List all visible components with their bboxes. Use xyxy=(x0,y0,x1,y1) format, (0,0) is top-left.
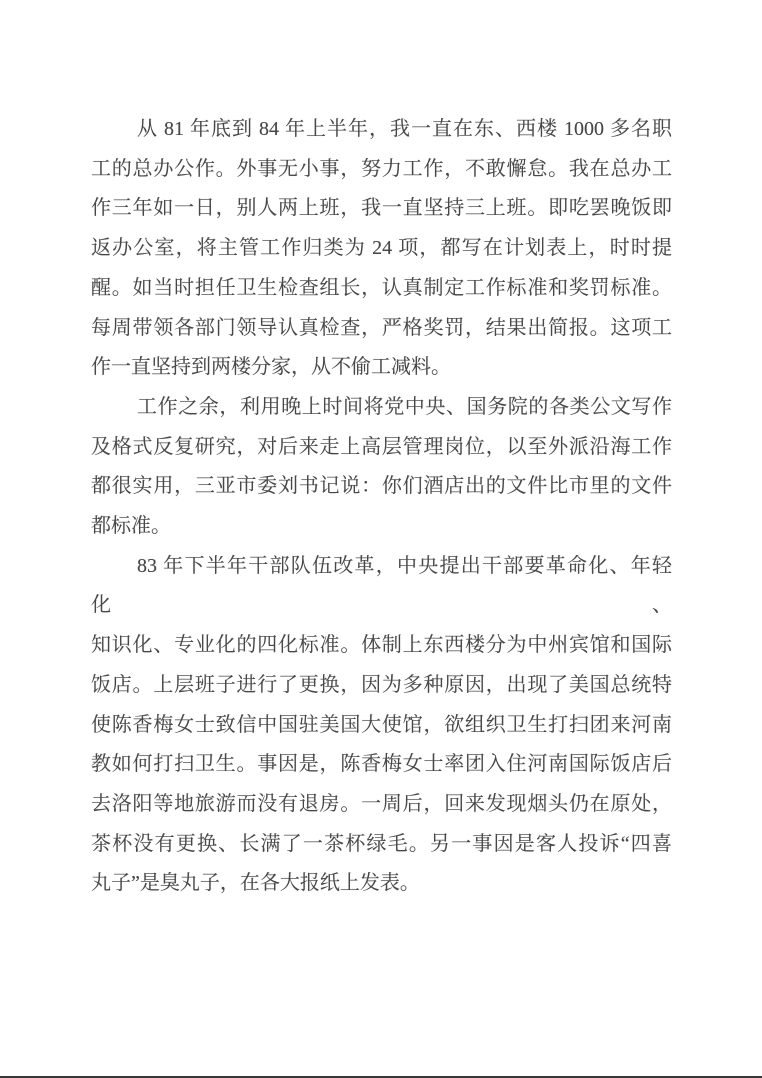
text-line: 使陈香梅女士致信中国驻美国大使馆，欲组织卫生打扫团来河南 xyxy=(91,706,672,746)
text-line: 饭店。上层班子进行了更换，因为多种原因，出现了美国总统特 xyxy=(91,666,672,706)
text-line: 都标准。 xyxy=(91,507,672,547)
document-body: 从 81 年底到 84 年上半年，我一直在东、西楼 1000 多名职工的总办公作… xyxy=(91,110,672,904)
text-line: 教如何打扫卫生。事因是，陈香梅女士率团入住河南国际饭店后 xyxy=(91,745,672,785)
paragraph: 83 年下半年干部队伍改革，中央提出干部要革命化、年轻化、知识化、专业化的四化标… xyxy=(91,547,672,904)
text-line: 知识化、专业化的四化标准。体制上东西楼分为中州宾馆和国际 xyxy=(91,626,672,666)
document-page: 从 81 年底到 84 年上半年，我一直在东、西楼 1000 多名职工的总办公作… xyxy=(0,0,762,1078)
text-line: 去洛阳等地旅游而没有退房。一周后，回来发现烟头仍在原处， xyxy=(91,785,672,825)
text-line: 醒。如当时担任卫生检查组长，认真制定工作标准和奖罚标准。 xyxy=(91,269,672,309)
text-line: 从 81 年底到 84 年上半年，我一直在东、西楼 1000 多名职 xyxy=(91,110,672,150)
text-line: 工的总办公作。外事无小事，努力工作，不敢懈怠。我在总办工 xyxy=(91,150,672,190)
text-line: 83 年下半年干部队伍改革，中央提出干部要革命化、年轻化、 xyxy=(91,547,672,626)
text-line: 都很实用，三亚市委刘书记说：你们酒店出的文件比市里的文件 xyxy=(91,467,672,507)
paragraph: 工作之余，利用晚上时间将党中央、国务院的各类公文写作及格式反复研究，对后来走上高… xyxy=(91,388,672,547)
text-line: 返办公室，将主管工作归类为 24 项，都写在计划表上，时时提 xyxy=(91,229,672,269)
text-line: 每周带领各部门领导认真检查，严格奖罚，结果出简报。这项工 xyxy=(91,309,672,349)
paragraph: 从 81 年底到 84 年上半年，我一直在东、西楼 1000 多名职工的总办公作… xyxy=(91,110,672,388)
text-line: 作一直坚持到两楼分家，从不偷工减料。 xyxy=(91,348,672,388)
text-line: 工作之余，利用晚上时间将党中央、国务院的各类公文写作 xyxy=(91,388,672,428)
text-line: 作三年如一日，别人两上班，我一直坚持三上班。即吃罢晚饭即 xyxy=(91,189,672,229)
text-line: 丸子”是臭丸子，在各大报纸上发表。 xyxy=(91,864,672,904)
text-line: 及格式反复研究，对后来走上高层管理岗位，以至外派沿海工作 xyxy=(91,428,672,468)
text-line: 茶杯没有更换、长满了一茶杯绿毛。另一事因是客人投诉“四喜 xyxy=(91,825,672,865)
